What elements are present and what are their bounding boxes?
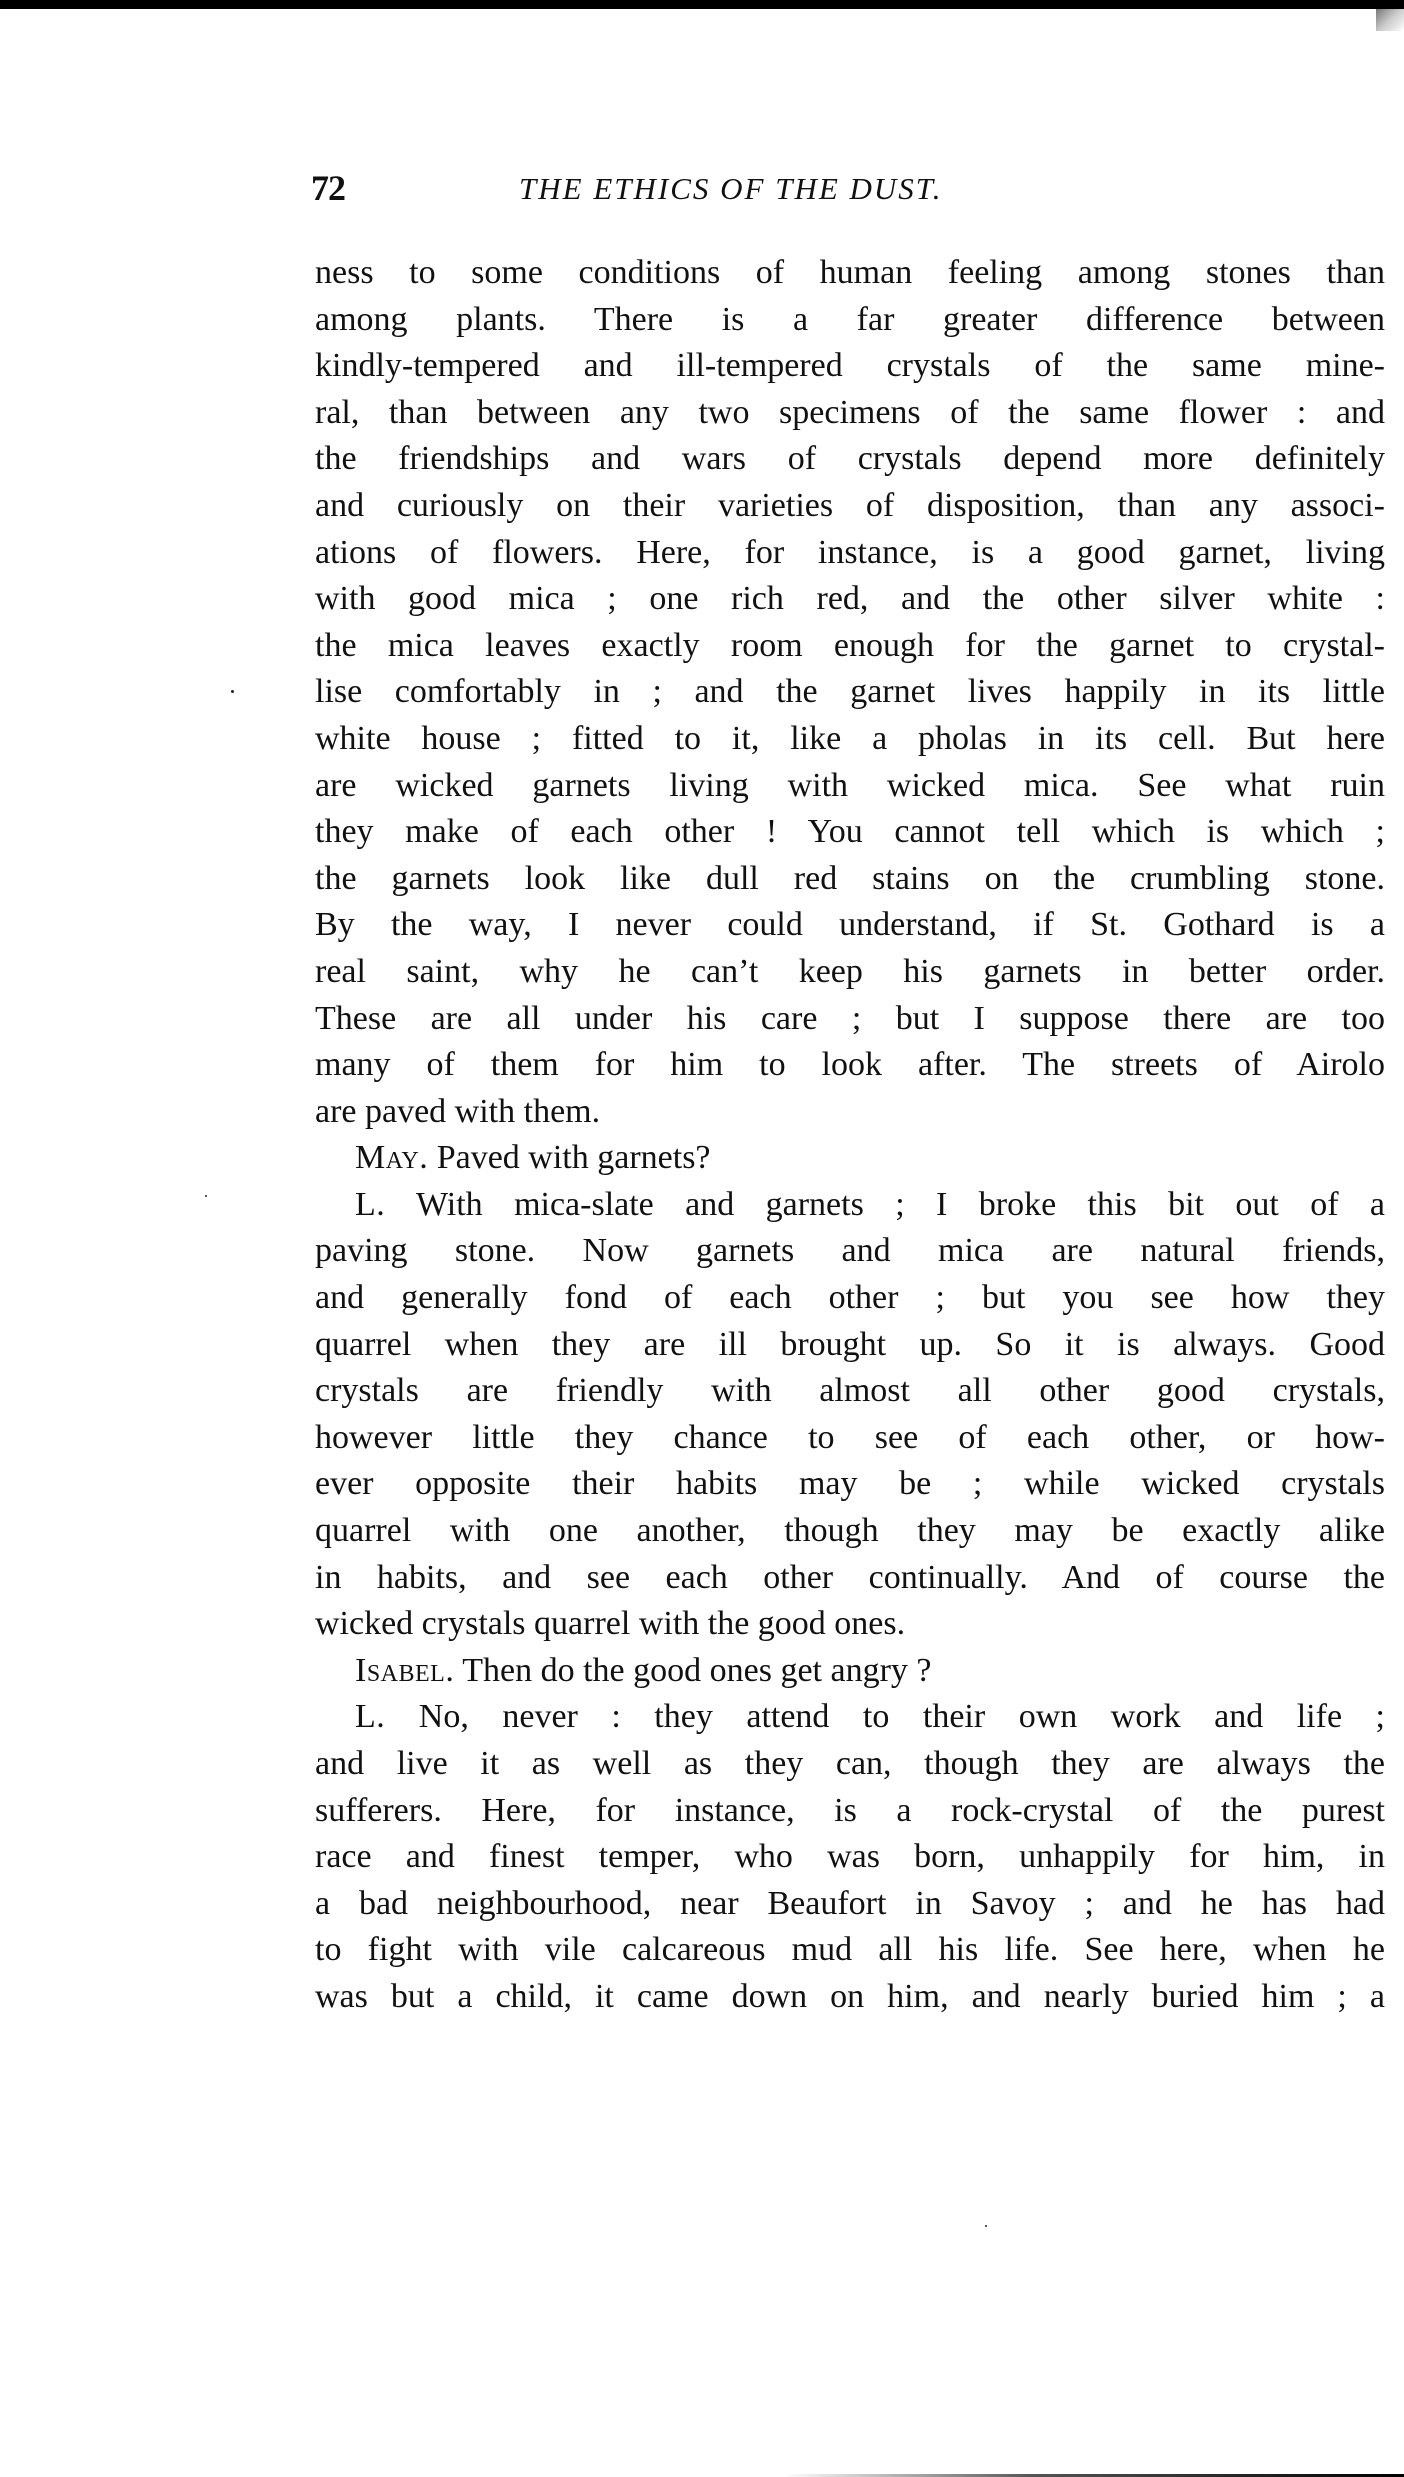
- dialogue-line-l: L. With mica-slate and garnets ; I broke…: [315, 1182, 1385, 1229]
- text-line: ations of flowers. Here, for instance, i…: [315, 530, 1385, 577]
- text-line: wicked crystals quarrel with the good on…: [315, 1601, 1385, 1648]
- text-line: to fight with vile calcareous mud all hi…: [315, 1927, 1385, 1974]
- text-line: the friendships and wars of crystals dep…: [315, 436, 1385, 483]
- text-line: quarrel with one another, though they ma…: [315, 1508, 1385, 1555]
- text-line: and generally fond of each other ; but y…: [315, 1275, 1385, 1322]
- text-line: paving stone. Now garnets and mica are n…: [315, 1228, 1385, 1275]
- scan-speck: [205, 1195, 207, 1197]
- text-line: a bad neighbourhood, near Beaufort in Sa…: [315, 1881, 1385, 1928]
- speaker-name: L.: [355, 1186, 385, 1223]
- running-head: 72 THE ETHICS OF THE DUST.: [311, 167, 1379, 215]
- text-line: ral, than between any two specimens of t…: [315, 390, 1385, 437]
- dialogue-line-l: L. No, never : they attend to their own …: [315, 1694, 1385, 1741]
- body-text: ness to some conditions of human feeling…: [315, 250, 1385, 2021]
- speaker-name: Isabel.: [355, 1652, 454, 1689]
- text-line: and curiously on their varieties of disp…: [315, 483, 1385, 530]
- page-number: 72: [311, 167, 345, 209]
- text-line: By the way, I never could understand, if…: [315, 902, 1385, 949]
- scan-top-edge: [0, 0, 1404, 9]
- text-line: white house ; fitted to it, like a phola…: [315, 716, 1385, 763]
- text-line: the mica leaves exactly room enough for …: [315, 623, 1385, 670]
- scan-speck: [985, 2225, 987, 2227]
- text-line: in habits, and see each other continuall…: [315, 1555, 1385, 1602]
- scan-speck: [231, 690, 234, 693]
- dialogue-line-isabel: Isabel. Then do the good ones get angry …: [315, 1648, 1385, 1695]
- text-line: are wicked garnets living with wicked mi…: [315, 763, 1385, 810]
- text-line: sufferers. Here, for instance, is a rock…: [315, 1788, 1385, 1835]
- running-title: THE ETHICS OF THE DUST.: [519, 171, 942, 207]
- text-line: kindly-tempered and ill-tempered crystal…: [315, 343, 1385, 390]
- text-line: among plants. There is a far greater dif…: [315, 297, 1385, 344]
- text-line: many of them for him to look after. The …: [315, 1042, 1385, 1089]
- text-line: ness to some conditions of human feeling…: [315, 250, 1385, 297]
- text-line: These are all under his care ; but I sup…: [315, 996, 1385, 1043]
- text-line: they make of each other ! You cannot tel…: [315, 809, 1385, 856]
- text-line: however little they chance to see of eac…: [315, 1415, 1385, 1462]
- text-line: with good mica ; one rich red, and the o…: [315, 576, 1385, 623]
- text-line: and live it as well as they can, though …: [315, 1741, 1385, 1788]
- text-line: lise comfortably in ; and the garnet liv…: [315, 669, 1385, 716]
- text-line: quarrel when they are ill brought up. So…: [315, 1322, 1385, 1369]
- text-line: the garnets look like dull red stains on…: [315, 856, 1385, 903]
- text-line: are paved with them.: [315, 1089, 1385, 1136]
- text-line: real saint, why he can’t keep his garnet…: [315, 949, 1385, 996]
- text-line: crystals are friendly with almost all ot…: [315, 1368, 1385, 1415]
- text-line: race and finest temper, who was born, un…: [315, 1834, 1385, 1881]
- text-line: ever opposite their habits may be ; whil…: [315, 1461, 1385, 1508]
- text-line: was but a child, it came down on him, an…: [315, 1974, 1385, 2021]
- dialogue-line-may: May. Paved with garnets?: [315, 1135, 1385, 1182]
- speaker-name: May.: [355, 1139, 428, 1176]
- speaker-name: L.: [355, 1698, 385, 1735]
